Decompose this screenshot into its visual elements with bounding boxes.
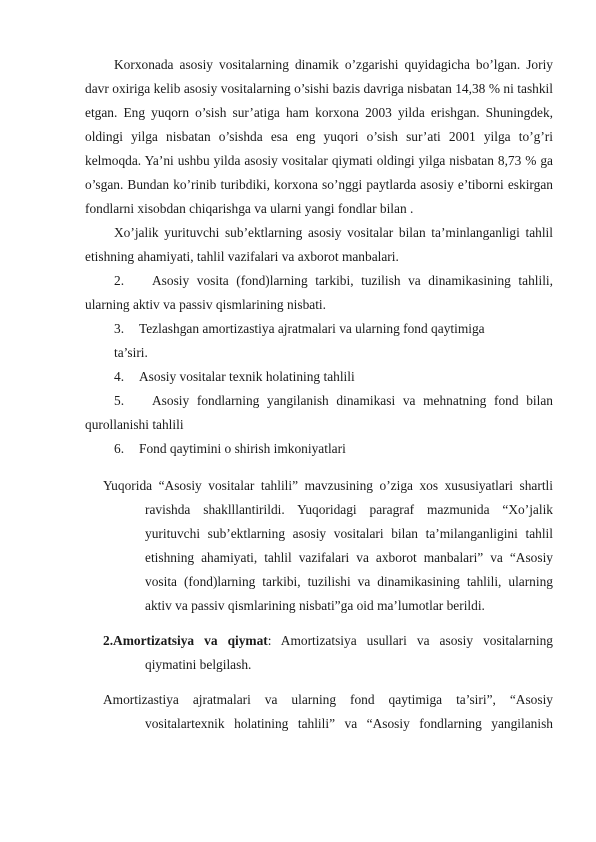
list-item-5: 5.Asosiy fondlarning yangilanish dinamik…	[85, 389, 553, 437]
list-item-3-continuation: ta’siri.	[85, 341, 553, 365]
section-2-paragraph: 2.Amortizatsiya va qiymat: Amortizatsiya…	[85, 629, 553, 677]
list-text: Tezlashgan amortizastiya ajratmalari va …	[139, 321, 485, 336]
list-text: Fond qaytimini o shirish imkoniyatlari	[139, 441, 346, 456]
list-number: 5.	[114, 389, 152, 413]
summary-paragraph: Yuqorida “Asosiy vositalar tahlili” mavz…	[85, 474, 553, 618]
final-paragraph: Amortizastiya ajratmalari va ularning fo…	[85, 688, 553, 736]
list-text: Asosiy vositalar texnik holatining tahli…	[139, 369, 355, 384]
list-number: 3.	[114, 317, 139, 341]
list-text: Asosiy vosita (fond)larning tarkibi, tuz…	[85, 273, 553, 312]
paragraph-provision-analysis: Xo’jalik yurituvchi sub’ektlarning asosi…	[85, 221, 553, 269]
list-item-4: 4.Asosiy vositalar texnik holatining tah…	[85, 365, 553, 389]
list-item-2: 2.Asosiy vosita (fond)larning tarkibi, t…	[85, 269, 553, 317]
list-item-6: 6.Fond qaytimini o shirish imkoniyatlari	[85, 437, 553, 461]
list-number: 2.	[114, 269, 152, 293]
document-page: Korxonada asosiy vositalarning dinamik o…	[85, 53, 553, 736]
list-number: 4.	[114, 365, 139, 389]
list-number: 6.	[114, 437, 139, 461]
paragraph-fixed-assets-dynamics: Korxonada asosiy vositalarning dinamik o…	[85, 53, 553, 221]
list-text: Asosiy fondlarning yangilanish dinamikas…	[85, 393, 553, 432]
section-2-heading: 2.Amortizatsiya va qiymat	[103, 633, 268, 648]
list-item-3: 3.Tezlashgan amortizastiya ajratmalari v…	[85, 317, 553, 341]
